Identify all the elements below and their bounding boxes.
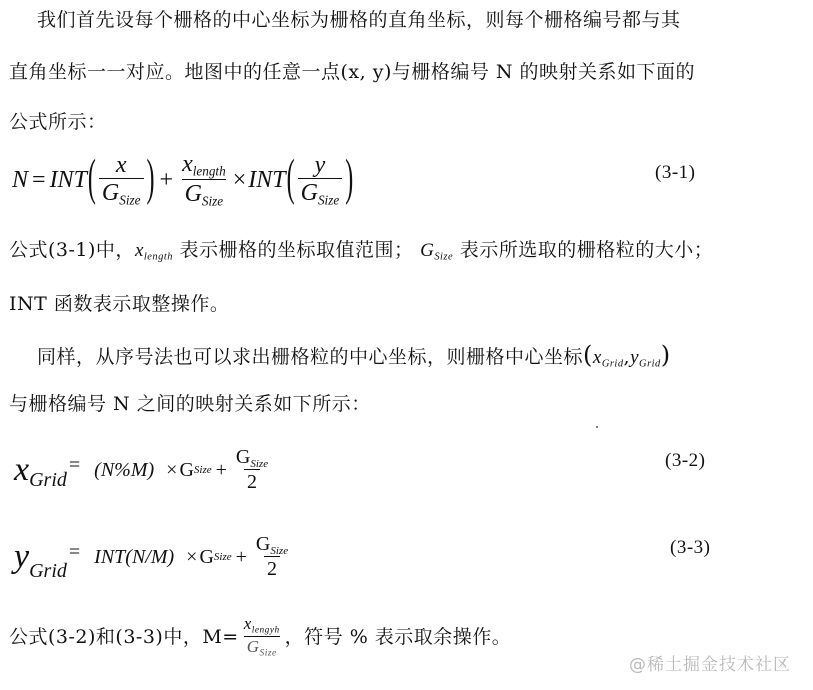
p4-frac: xlengyh GSize [241, 615, 283, 659]
p4-frac-den-base: G [247, 637, 260, 656]
eq1-paren-open-2: ( [287, 152, 295, 209]
eq1-plus: + [160, 167, 174, 194]
eq1-frac2-num: xlength [179, 151, 229, 179]
p4-frac-den-sub: Size [260, 648, 277, 658]
eq3-frac-num-base: G [256, 533, 270, 555]
eq1-frac3-den-sub: Size [318, 193, 339, 208]
eq3-equals: = [69, 541, 80, 564]
paragraph-4: 公式(3-2)和(3-3)中，M= xlengyh GSize ，符号 % 表示… [9, 612, 511, 662]
eq1-frac2-num-base: x [182, 151, 193, 177]
eq3-frac-num-sub: Size [270, 544, 288, 556]
eq3-frac-den: 2 [264, 556, 280, 581]
eq1-frac1-num: x [113, 152, 130, 178]
eq1-paren-close-2: ) [345, 152, 353, 209]
p4-frac-den: GSize [244, 636, 280, 659]
eq3-lhs-sub: Grid [29, 560, 67, 583]
p4-frac-num-base: x [244, 614, 252, 633]
eq1-frac3-den-base: G [301, 180, 318, 206]
p2-var-g-sub: Size [434, 252, 453, 263]
eq3-frac-num: GSize [253, 533, 291, 557]
scan-speck [596, 426, 598, 428]
eq2-g-sub: Size [194, 464, 212, 476]
eq1-times: × [233, 167, 247, 194]
eq1-frac2-den-base: G [185, 181, 202, 207]
eq1-frac1-den: GSize [99, 178, 144, 208]
p3-paren-open: ( [583, 341, 593, 369]
eq1-int1: INT [50, 167, 87, 194]
equation-3-3: yGrid = INT(N/M) × GSize + GSize 2 [14, 527, 293, 587]
equation-3-2-label: (3-2) [665, 450, 705, 472]
eq2-frac-den: 2 [244, 469, 260, 494]
equation-3-1: N = INT ( x GSize ) + xlength GSize × IN… [12, 145, 354, 215]
eq1-lhs: N [12, 167, 28, 194]
eq2-times: × [166, 459, 177, 482]
p2-suffix: 表示所选取的栅格粒的大小； [460, 239, 714, 261]
eq3-times: × [186, 546, 197, 569]
p2-var-x: x [135, 240, 144, 261]
eq2-lhs-sub: Grid [29, 469, 67, 492]
eq1-paren-open-1: ( [88, 152, 96, 209]
eq1-frac3-num: y [312, 152, 329, 178]
p3-y: y [630, 347, 639, 368]
equation-3-1-label: (3-1) [655, 162, 695, 184]
p3-prefix: 同样，从序号法也可以求出栅格粒的中心坐标，则栅格中心坐标 [37, 346, 583, 368]
p2-var-x-sub: length [144, 252, 173, 263]
eq3-plus: + [236, 546, 247, 569]
p4-suffix: ，符号 % 表示取余操作。 [285, 625, 512, 649]
eq1-equals: = [32, 167, 46, 194]
paragraph-2-line-1: 公式(3-1)中，xlength 表示栅格的坐标取值范围； GSize 表示所选… [9, 238, 713, 270]
equation-3-3-label: (3-3) [670, 537, 710, 559]
eq1-paren-close-1: ) [147, 152, 155, 209]
eq3-frac: GSize 2 [253, 533, 291, 582]
p3-x-sub: Grid [602, 359, 624, 370]
eq2-lhs-base: x [14, 451, 29, 489]
p4-prefix: 公式(3-2)和(3-3)中，M= [9, 625, 239, 649]
paragraph-3-line-2: 与栅格编号 N 之间的映射关系如下所示： [9, 392, 371, 416]
eq1-frac2-den: GSize [182, 179, 227, 209]
paragraph-1-line-3: 公式所示： [9, 110, 107, 134]
eq3-g-sub: Size [214, 551, 232, 563]
eq3-lhs-base: y [14, 538, 29, 576]
eq2-equals: = [69, 454, 80, 477]
eq2-frac-num-base: G [236, 446, 250, 468]
eq2-frac: GSize 2 [233, 446, 271, 495]
eq1-frac1: x GSize [99, 152, 144, 209]
eq3-term: INT(N/M) [94, 546, 174, 569]
eq1-frac2: xlength GSize [179, 151, 229, 210]
eq1-frac2-num-sub: length [193, 163, 226, 178]
eq1-int2: INT [248, 167, 285, 194]
p3-x: x [593, 347, 602, 368]
eq1-frac1-den-sub: Size [119, 193, 140, 208]
eq2-plus: + [216, 459, 227, 482]
p3-paren-close: ) [661, 341, 671, 369]
eq2-g: G [179, 459, 193, 482]
eq2-frac-num-sub: Size [250, 457, 268, 469]
watermark: @稀土掘金技术社区 [629, 650, 791, 675]
equation-3-2: xGrid = (N%M) × GSize + GSize 2 [14, 442, 273, 498]
eq3-g: G [199, 546, 213, 569]
eq1-frac2-den-sub: Size [202, 193, 223, 208]
p4-frac-num-sub: lengyh [252, 625, 280, 635]
paragraph-2-line-2: INT 函数表示取整操作。 [9, 292, 229, 316]
eq1-frac3-den: GSize [298, 178, 343, 208]
p2-prefix: 公式(3-1)中， [9, 239, 135, 261]
p3-y-sub: Grid [639, 359, 661, 370]
paragraph-1-line-2: 直角坐标一一对应。地图中的任意一点(x, y)与栅格编号 N 的映射关系如下面的 [9, 60, 695, 84]
p4-frac-num: xlengyh [241, 615, 283, 636]
paragraph-3-line-1: 同样，从序号法也可以求出栅格粒的中心坐标，则栅格中心坐标(xGrid,yGrid… [37, 343, 671, 377]
eq2-term: (N%M) [94, 459, 154, 482]
p2-mid: 表示栅格的坐标取值范围； [180, 239, 414, 261]
eq1-frac3: y GSize [298, 152, 343, 209]
p2-var-g: G [420, 240, 434, 261]
eq1-frac1-den-base: G [102, 180, 119, 206]
paragraph-1-line-1: 我们首先设每个栅格的中心坐标为栅格的直角坐标，则每个栅格编号都与其 [37, 8, 681, 32]
eq2-frac-num: GSize [233, 446, 271, 470]
